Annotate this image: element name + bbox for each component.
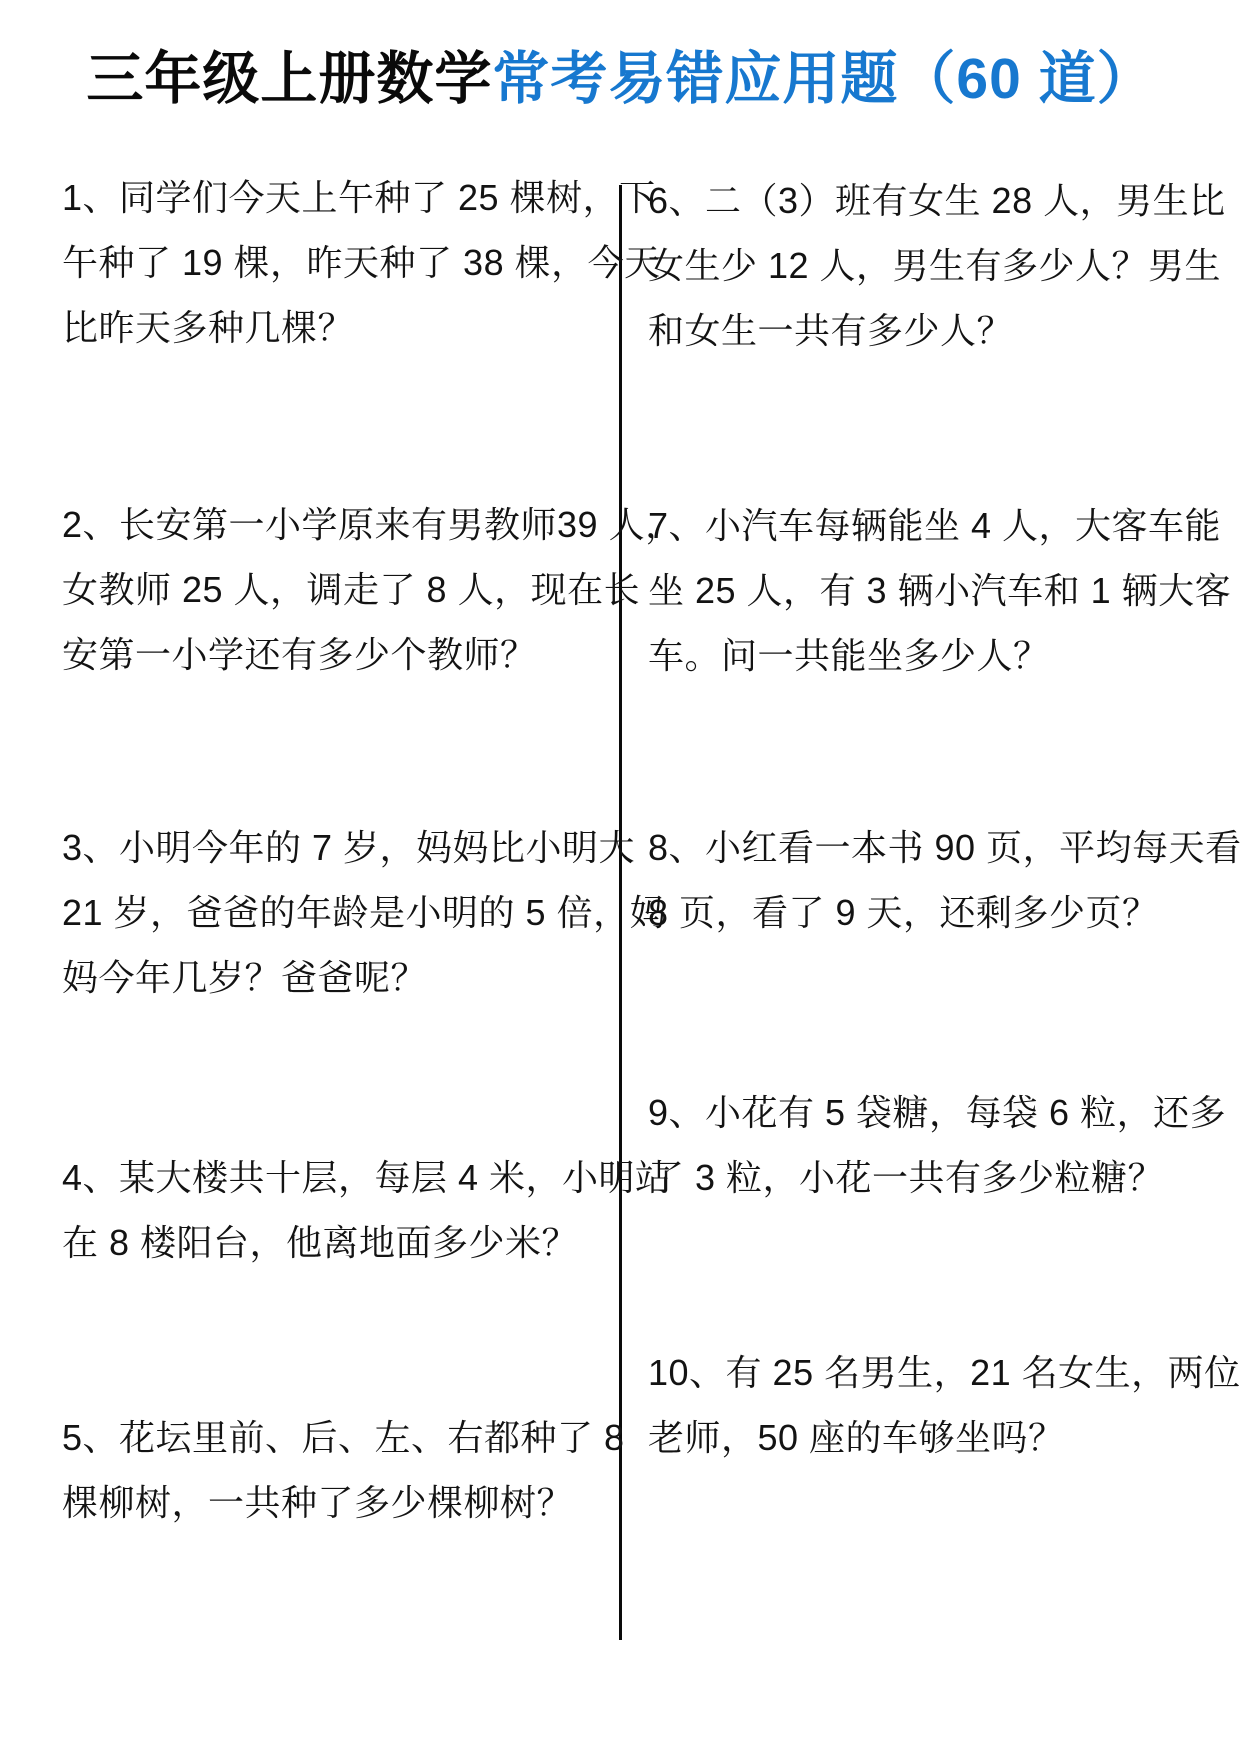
problem-9: 9、小花有 5 袋糖，每袋 6 粒，还多 了 3 粒，小花一共有多少粒糖？ <box>648 1080 1226 1210</box>
problem-8: 8、小红看一本书 90 页，平均每天看 8 页，看了 9 天，还剩多少页？ <box>648 815 1241 945</box>
problem-10-line-1: 10、有 25 名男生，21 名女生，两位 <box>648 1340 1241 1405</box>
problem-4-line-2: 在 8 楼阳台，他离地面多少米？ <box>62 1210 672 1275</box>
problem-5-line-2: 棵柳树，一共种了多少棵柳树？ <box>62 1470 625 1535</box>
problem-3-line-3: 妈今年几岁？爸爸呢？ <box>62 945 666 1010</box>
problem-7-line-3: 车。问一共能坐多少人？ <box>648 623 1231 688</box>
problem-6-line-1: 6、二（3）班有女生 28 人，男生比 <box>648 168 1226 233</box>
problem-2-line-2: 女教师 25 人，调走了 8 人，现在长 <box>62 557 682 622</box>
problem-6: 6、二（3）班有女生 28 人，男生比 女生少 12 人，男生有多少人？男生 和… <box>648 168 1226 363</box>
problem-7-line-2: 坐 25 人，有 3 辆小汽车和 1 辆大客 <box>648 558 1231 623</box>
problem-1-line-2: 午种了 19 棵，昨天种了 38 棵，今天 <box>62 230 661 295</box>
problem-9-line-2: 了 3 粒，小花一共有多少粒糖？ <box>648 1145 1226 1210</box>
problem-2: 2、长安第一小学原来有男教师39 人， 女教师 25 人，调走了 8 人，现在长… <box>62 492 682 687</box>
problem-1: 1、同学们今天上午种了 25 棵树，下 午种了 19 棵，昨天种了 38 棵，今… <box>62 165 661 360</box>
problem-6-line-3: 和女生一共有多少人？ <box>648 298 1226 363</box>
problem-4: 4、某大楼共十层，每层 4 米，小明站 在 8 楼阳台，他离地面多少米？ <box>62 1145 672 1275</box>
problem-7-line-1: 7、小汽车每辆能坐 4 人，大客车能 <box>648 493 1231 558</box>
problem-3-line-1: 3、小明今年的 7 岁，妈妈比小明大 <box>62 815 666 880</box>
problem-1-line-3: 比昨天多种几棵？ <box>62 295 661 360</box>
problem-2-line-1: 2、长安第一小学原来有男教师39 人， <box>62 492 682 557</box>
problem-8-line-1: 8、小红看一本书 90 页，平均每天看 <box>648 815 1241 880</box>
problem-3: 3、小明今年的 7 岁，妈妈比小明大 21 岁，爸爸的年龄是小明的 5 倍，妈 … <box>62 815 666 1010</box>
problem-5: 5、花坛里前、后、左、右都种了 8 棵柳树，一共种了多少棵柳树？ <box>62 1405 625 1535</box>
worksheet-page: 三年级上册数学常考易错应用题（60 道） 1、同学们今天上午种了 25 棵树，下… <box>0 0 1241 1754</box>
problem-2-line-3: 安第一小学还有多少个教师？ <box>62 622 682 687</box>
page-title: 三年级上册数学常考易错应用题（60 道） <box>0 48 1241 111</box>
problem-7: 7、小汽车每辆能坐 4 人，大客车能 坐 25 人，有 3 辆小汽车和 1 辆大… <box>648 493 1231 688</box>
problem-10-line-2: 老师，50 座的车够坐吗？ <box>648 1405 1241 1470</box>
problem-8-line-2: 8 页，看了 9 天，还剩多少页？ <box>648 880 1241 945</box>
problem-1-line-1: 1、同学们今天上午种了 25 棵树，下 <box>62 165 661 230</box>
problem-4-line-1: 4、某大楼共十层，每层 4 米，小明站 <box>62 1145 672 1210</box>
problem-6-line-2: 女生少 12 人，男生有多少人？男生 <box>648 233 1226 298</box>
problem-5-line-1: 5、花坛里前、后、左、右都种了 8 <box>62 1405 625 1470</box>
title-part-black: 三年级上册数学 <box>86 47 492 111</box>
title-part-blue: 常考易错应用题（60 道） <box>492 47 1154 111</box>
problem-10: 10、有 25 名男生，21 名女生，两位 老师，50 座的车够坐吗？ <box>648 1340 1241 1470</box>
problem-3-line-2: 21 岁，爸爸的年龄是小明的 5 倍，妈 <box>62 880 666 945</box>
problem-9-line-1: 9、小花有 5 袋糖，每袋 6 粒，还多 <box>648 1080 1226 1145</box>
